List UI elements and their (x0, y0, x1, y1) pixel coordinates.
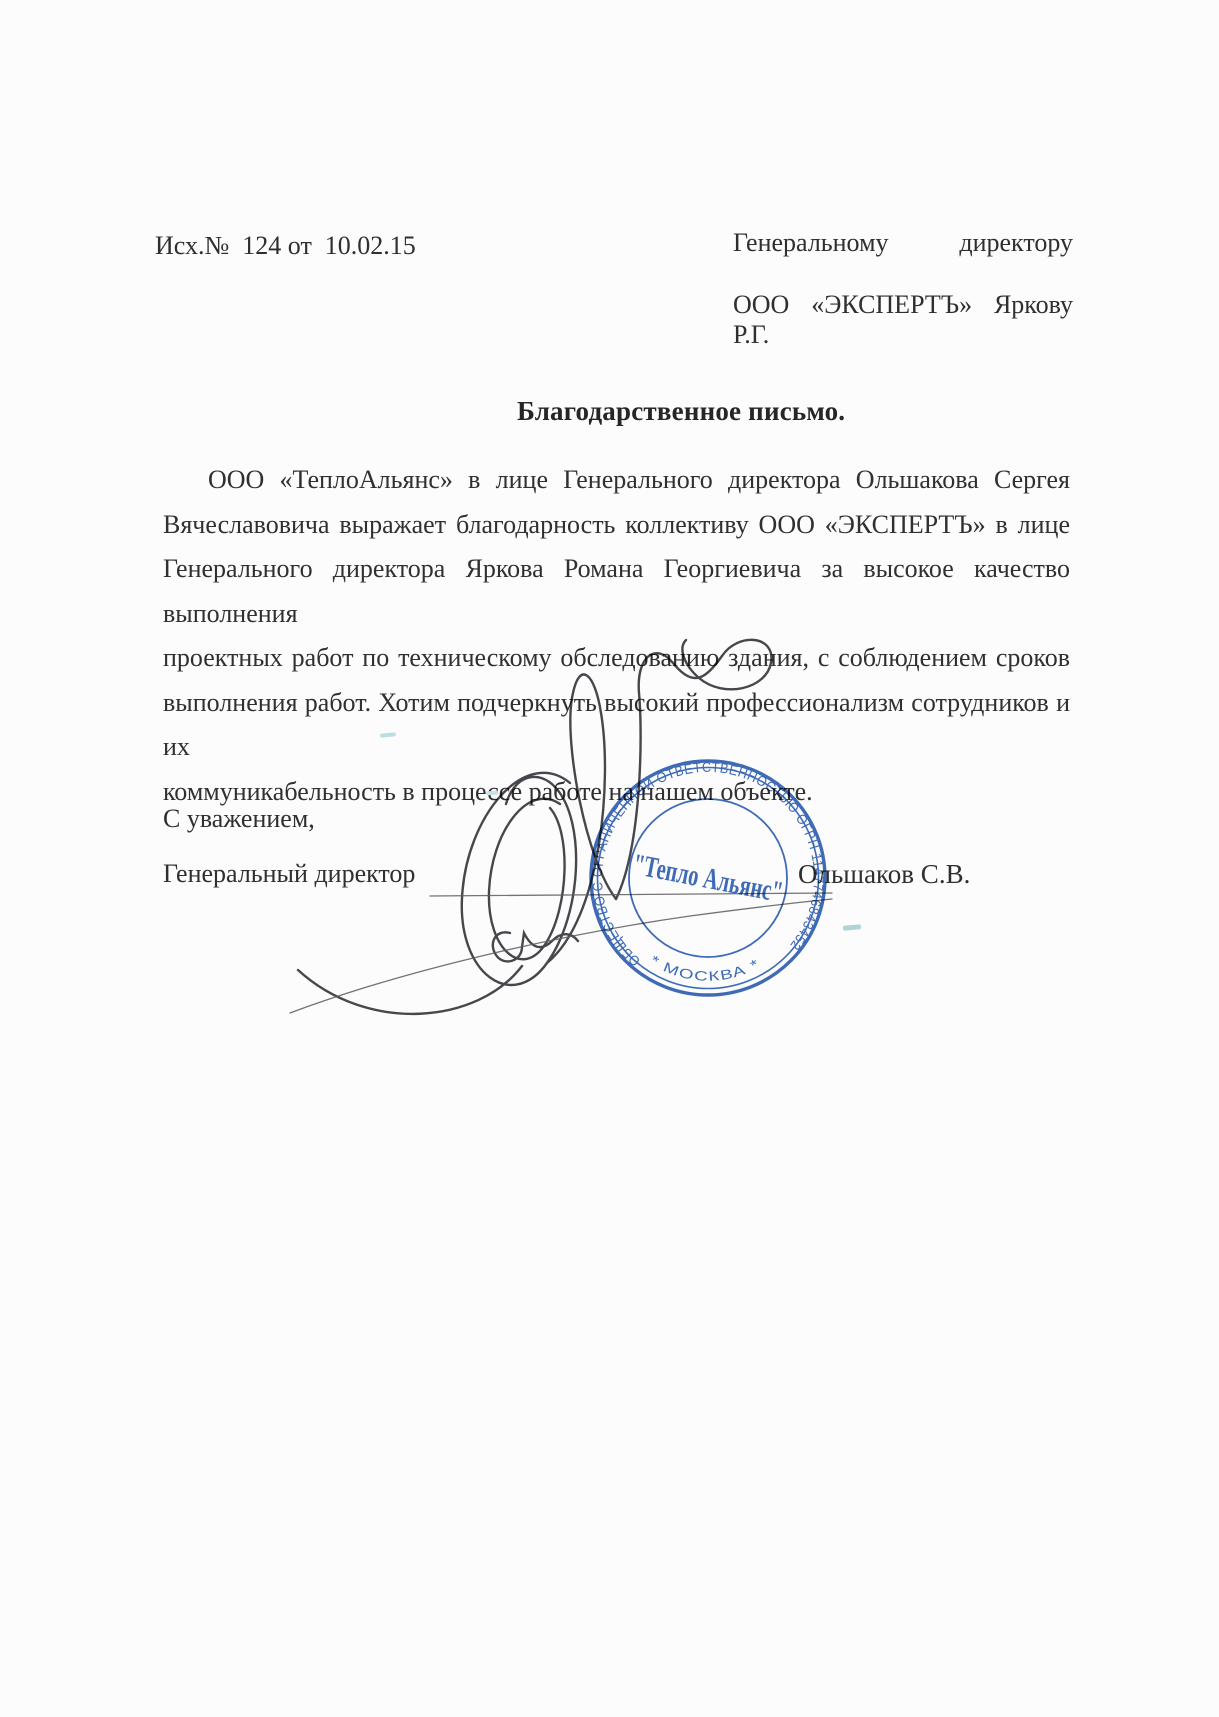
recipient-line-1: Генеральному директору (733, 228, 1073, 258)
recipient-line-2: ООО «ЭКСПЕРТЪ» Яркову Р.Г. (733, 290, 1073, 350)
letter-title: Благодарственное письмо. (517, 396, 845, 427)
signature-strokes (298, 640, 771, 1014)
body-line: Вячеславовича выражает благодарность кол… (163, 503, 1070, 548)
signature-flourish (290, 893, 832, 1013)
recipient-block: Генеральному директору ООО «ЭКСПЕРТЪ» Яр… (733, 228, 1073, 350)
recipient-title-word: Генеральному (733, 228, 889, 258)
body-line: ООО «ТеплоАльянс» в лице Генерального ди… (163, 458, 1070, 503)
handwritten-signature (270, 618, 850, 1018)
scanned-letter-page: Исх.№ 124 от 10.02.15 Генеральному дирек… (0, 0, 1219, 1717)
recipient-title-word2: директору (959, 228, 1073, 258)
outgoing-ref-line: Исх.№ 124 от 10.02.15 (155, 231, 416, 261)
